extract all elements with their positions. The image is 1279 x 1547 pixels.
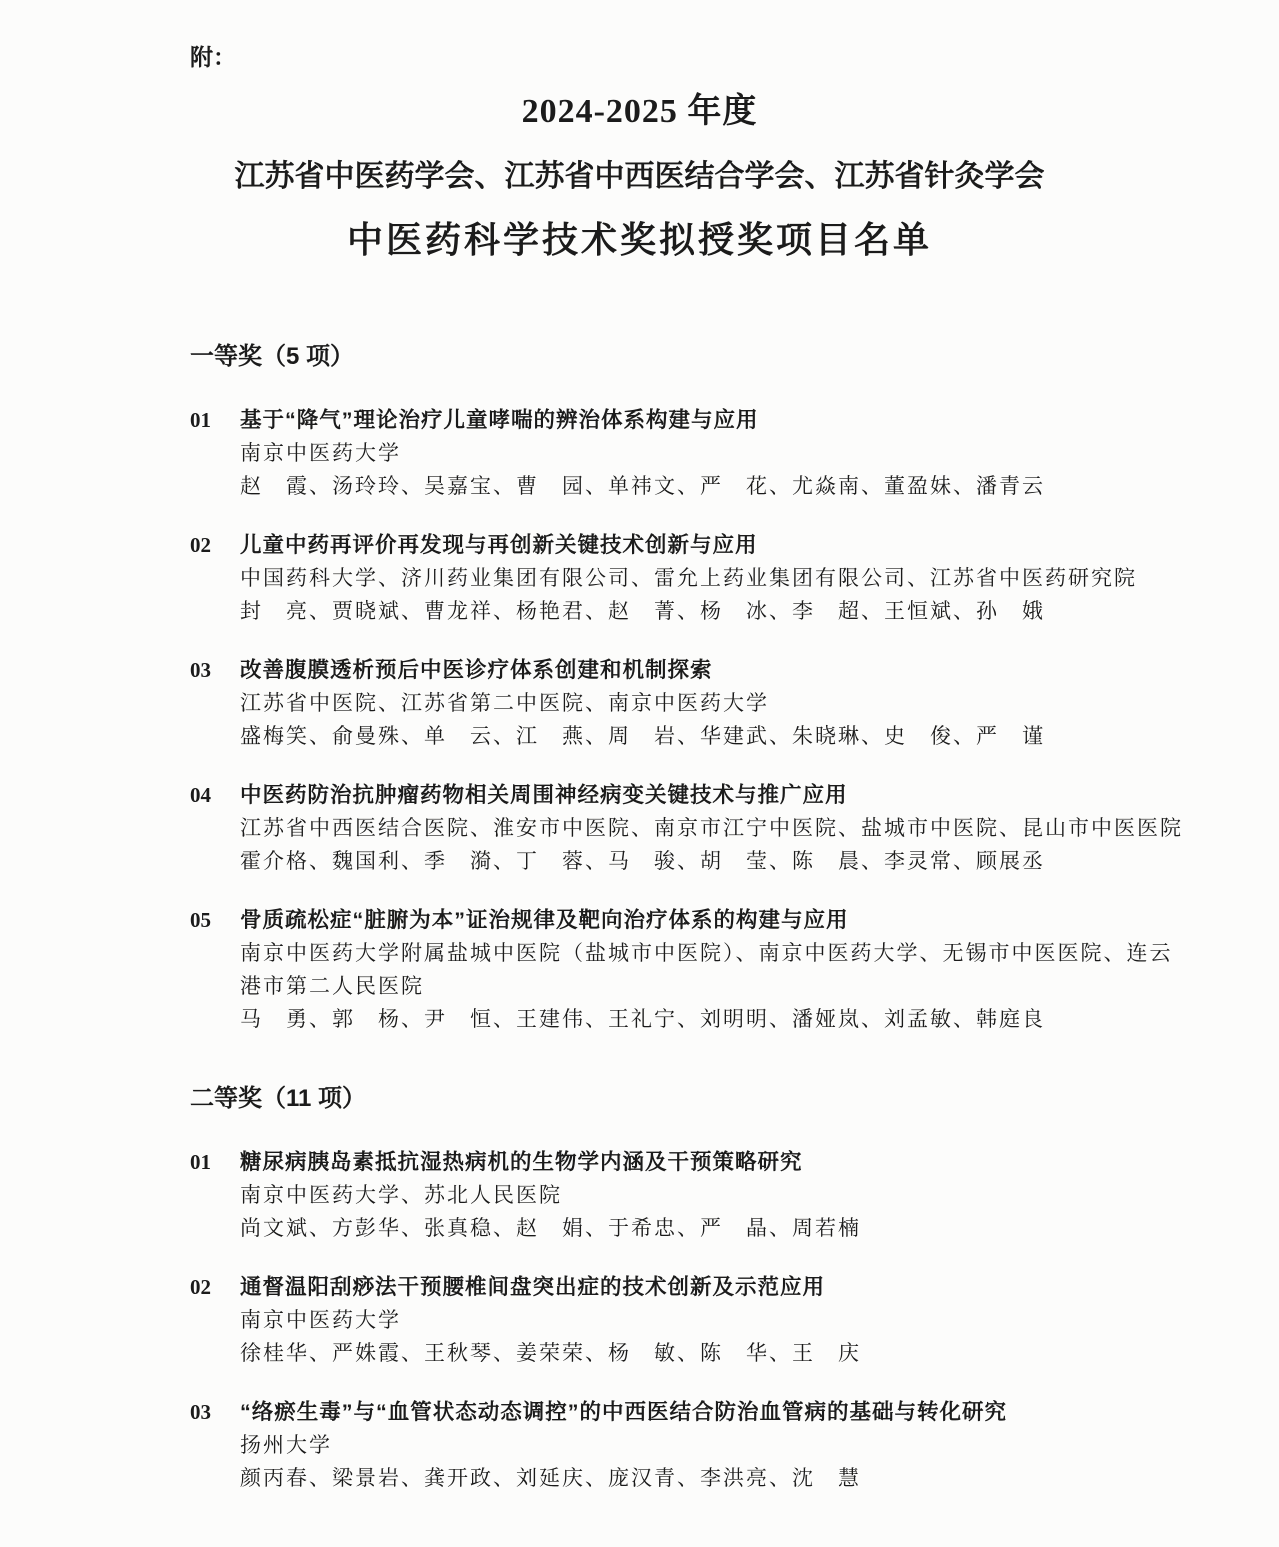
- section-items-second-prize: 01 糖尿病胰岛素抵抗湿热病机的生物学内涵及干预策略研究 南京中医药大学、苏北人…: [190, 1146, 1184, 1495]
- award-item: 02 儿童中药再评价再发现与再创新关键技术创新与应用 中国药科大学、济川药业集团…: [190, 529, 1184, 628]
- award-item: 03 “络瘀生毒”与“血管状态动态调控”的中西医结合防治血管病的基础与转化研究 …: [190, 1396, 1184, 1495]
- item-title: 中医药防治抗肿瘤药物相关周围神经病变关键技术与推广应用: [240, 779, 1184, 812]
- item-institutions: 江苏省中西医结合医院、淮安市中医院、南京市江宁中医院、盐城市中医院、昆山市中医医…: [240, 812, 1184, 845]
- item-institutions: 南京中医药大学: [240, 437, 1184, 470]
- item-people: 颜丙春、梁景岩、龚开政、刘延庆、庞汉青、李洪亮、沈 慧: [240, 1462, 1184, 1495]
- item-title: 骨质疏松症“脏腑为本”证治规律及靶向治疗体系的构建与应用: [240, 904, 1184, 937]
- document-body: 一等奖（5 项） 01 基于“降气”理论治疗儿童哮喘的辨治体系构建与应用 南京中…: [190, 342, 1184, 1495]
- section-heading-second-prize: 二等奖（11 项）: [190, 1084, 1184, 1114]
- item-institutions: 扬州大学: [240, 1429, 1184, 1462]
- item-number: 02: [190, 529, 240, 562]
- award-item: 01 糖尿病胰岛素抵抗湿热病机的生物学内涵及干预策略研究 南京中医药大学、苏北人…: [190, 1146, 1184, 1245]
- item-title: 儿童中药再评价再发现与再创新关键技术创新与应用: [240, 529, 1184, 562]
- award-item: 05 骨质疏松症“脏腑为本”证治规律及靶向治疗体系的构建与应用 南京中医药大学附…: [190, 904, 1184, 1036]
- item-people: 徐桂华、严姝霞、王秋琴、姜荣荣、杨 敏、陈 华、王 庆: [240, 1337, 1184, 1370]
- item-institutions: 南京中医药大学、苏北人民医院: [240, 1179, 1184, 1212]
- section-second-prize: 二等奖（11 项） 01 糖尿病胰岛素抵抗湿热病机的生物学内涵及干预策略研究 南…: [190, 1084, 1184, 1495]
- item-number: 01: [190, 404, 240, 437]
- item-title: 基于“降气”理论治疗儿童哮喘的辨治体系构建与应用: [240, 404, 1184, 437]
- item-people: 盛梅笑、俞曼殊、单 云、江 燕、周 岩、华建武、朱晓琳、史 俊、严 谨: [240, 720, 1184, 753]
- item-title: “络瘀生毒”与“血管状态动态调控”的中西医结合防治血管病的基础与转化研究: [240, 1396, 1184, 1429]
- item-people: 马 勇、郭 杨、尹 恒、王建伟、王礼宁、刘明明、潘娅岚、刘孟敏、韩庭良: [240, 1003, 1184, 1036]
- item-institutions: 南京中医药大学: [240, 1304, 1184, 1337]
- award-item: 01 基于“降气”理论治疗儿童哮喘的辨治体系构建与应用 南京中医药大学 赵 霞、…: [190, 404, 1184, 503]
- item-title: 通督温阳刮痧法干预腰椎间盘突出症的技术创新及示范应用: [240, 1271, 1184, 1304]
- item-people: 霍介格、魏国利、季 漪、丁 蓉、马 骏、胡 莹、陈 晨、李灵常、顾展丞: [240, 845, 1184, 878]
- item-title: 糖尿病胰岛素抵抗湿热病机的生物学内涵及干预策略研究: [240, 1146, 1184, 1179]
- item-people: 尚文斌、方彭华、张真稳、赵 娟、于希忠、严 晶、周若楠: [240, 1212, 1184, 1245]
- document-page: 附： 2024-2025 年度 江苏省中医药学会、江苏省中西医结合学会、江苏省针…: [0, 0, 1279, 1547]
- item-institutions: 南京中医药大学附属盐城中医院（盐城市中医院）、南京中医药大学、无锡市中医医院、连…: [240, 937, 1184, 1003]
- award-item: 02 通督温阳刮痧法干预腰椎间盘突出症的技术创新及示范应用 南京中医药大学 徐桂…: [190, 1271, 1184, 1370]
- title-societies: 江苏省中医药学会、江苏省中西医结合学会、江苏省针灸学会: [0, 158, 1279, 196]
- item-number: 03: [190, 1396, 240, 1429]
- item-number: 02: [190, 1271, 240, 1304]
- award-item: 03 改善腹膜透析预后中医诊疗体系创建和机制探索 江苏省中医院、江苏省第二中医院…: [190, 654, 1184, 753]
- item-title: 改善腹膜透析预后中医诊疗体系创建和机制探索: [240, 654, 1184, 687]
- title-year: 2024-2025 年度: [0, 90, 1279, 134]
- item-number: 04: [190, 779, 240, 812]
- item-number: 03: [190, 654, 240, 687]
- item-institutions: 江苏省中医院、江苏省第二中医院、南京中医药大学: [240, 687, 1184, 720]
- item-number: 01: [190, 1146, 240, 1179]
- award-item: 04 中医药防治抗肿瘤药物相关周围神经病变关键技术与推广应用 江苏省中西医结合医…: [190, 779, 1184, 878]
- title-award-name: 中医药科学技术奖拟授奖项目名单: [0, 217, 1279, 262]
- item-institutions: 中国药科大学、济川药业集团有限公司、雷允上药业集团有限公司、江苏省中医药研究院: [240, 562, 1184, 595]
- item-people: 封 亮、贾晓斌、曹龙祥、杨艳君、赵 菁、杨 冰、李 超、王恒斌、孙 娥: [240, 595, 1184, 628]
- item-people: 赵 霞、汤玲玲、吴嘉宝、曹 园、单祎文、严 花、尤焱南、董盈妹、潘青云: [240, 470, 1184, 503]
- section-first-prize: 一等奖（5 项） 01 基于“降气”理论治疗儿童哮喘的辨治体系构建与应用 南京中…: [190, 342, 1184, 1036]
- item-number: 05: [190, 904, 240, 937]
- section-heading-first-prize: 一等奖（5 项）: [190, 342, 1184, 372]
- attachment-label: 附：: [190, 44, 1279, 72]
- section-items-first-prize: 01 基于“降气”理论治疗儿童哮喘的辨治体系构建与应用 南京中医药大学 赵 霞、…: [190, 404, 1184, 1036]
